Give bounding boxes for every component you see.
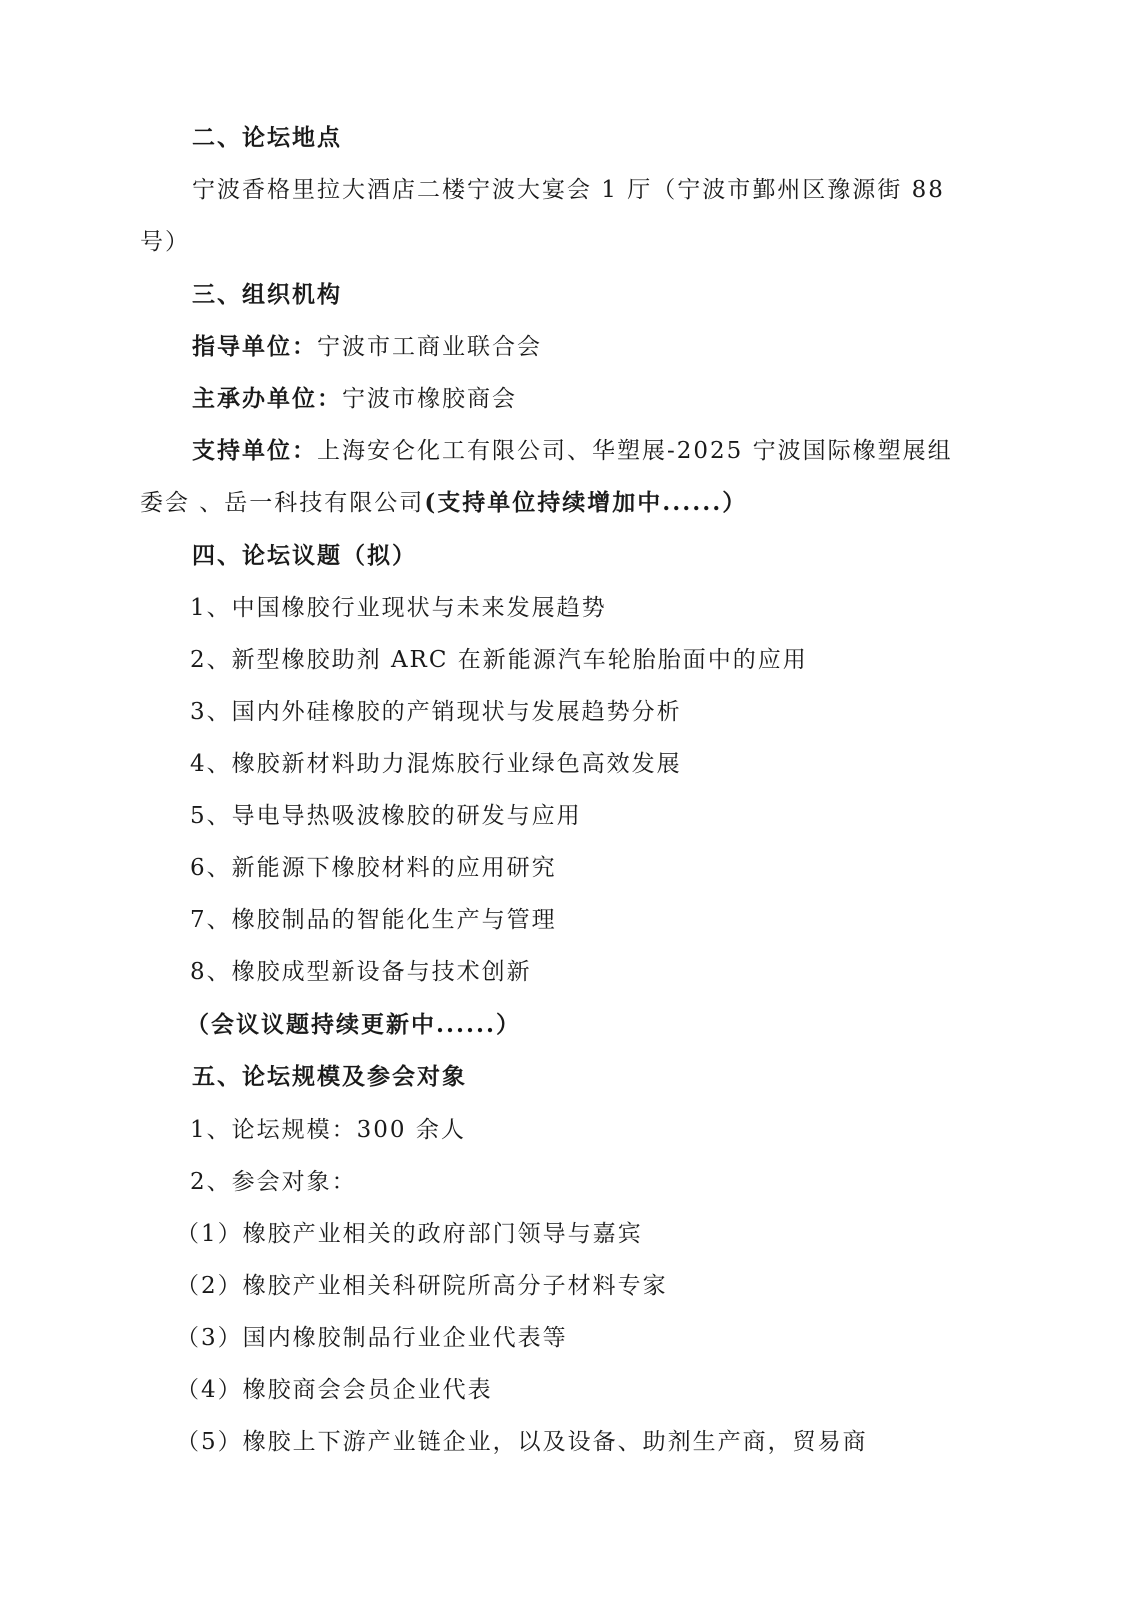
host-unit-label: 主承办单位：	[192, 385, 342, 412]
attendee-item: （1）橡胶产业相关的政府部门领导与嘉宾	[176, 1219, 643, 1249]
guide-unit-label: 指导单位：	[192, 333, 317, 360]
guide-unit-value: 宁波市工商业联合会	[317, 334, 542, 360]
support-unit-line2: 委会 、岳一科技有限公司(支持单位持续增加中......）	[140, 488, 747, 518]
venue-text-line2: 号）	[140, 227, 190, 257]
topic-item: 8、橡胶成型新设备与技术创新	[190, 957, 532, 987]
section-heading-topics: 四、论坛议题（拟）	[192, 541, 417, 571]
attendee-item: （3）国内橡胶制品行业企业代表等	[176, 1323, 568, 1353]
topic-item: 3、国内外硅橡胶的产销现状与发展趋势分析	[190, 697, 682, 727]
topic-item: 4、橡胶新材料助力混炼胶行业绿色高效发展	[190, 749, 682, 779]
topic-item: 7、橡胶制品的智能化生产与管理	[190, 905, 557, 935]
forum-scale: 1、论坛规模：300 余人	[190, 1115, 466, 1145]
guide-unit: 指导单位：宁波市工商业联合会	[192, 332, 542, 362]
attendee-item: （4）橡胶商会会员企业代表	[176, 1375, 493, 1405]
attendee-item: （5）橡胶上下游产业链企业，以及设备、助剂生产商，贸易商	[176, 1427, 868, 1457]
support-unit-value-line1: 上海安仑化工有限公司、华塑展-2025 宁波国际橡塑展组	[317, 438, 953, 464]
topic-item: 6、新能源下橡胶材料的应用研究	[190, 853, 557, 883]
support-unit-line1: 支持单位：上海安仑化工有限公司、华塑展-2025 宁波国际橡塑展组	[192, 436, 953, 466]
section-heading-organization: 三、组织机构	[192, 280, 342, 310]
topic-item: 5、导电导热吸波橡胶的研发与应用	[190, 801, 582, 831]
venue-text-line1: 宁波香格里拉大酒店二楼宁波大宴会 1 厅（宁波市鄞州区豫源街 88	[192, 175, 945, 205]
support-unit-note: (支持单位持续增加中......）	[424, 489, 747, 516]
section-heading-venue: 二、论坛地点	[192, 123, 342, 153]
attendee-item: （2）橡胶产业相关科研院所高分子材料专家	[176, 1271, 668, 1301]
topics-update-note: （会议议题持续更新中......）	[186, 1010, 521, 1040]
host-unit: 主承办单位：宁波市橡胶商会	[192, 384, 517, 414]
section-heading-scale-attendees: 五、论坛规模及参会对象	[192, 1062, 467, 1092]
host-unit-value: 宁波市橡胶商会	[342, 386, 517, 412]
support-unit-value-line2: 委会 、岳一科技有限公司	[140, 490, 424, 516]
topic-item: 1、中国橡胶行业现状与未来发展趋势	[190, 593, 607, 623]
support-unit-label: 支持单位：	[192, 437, 317, 464]
topic-item: 2、新型橡胶助剂 ARC 在新能源汽车轮胎胎面中的应用	[190, 645, 808, 675]
attendees-label: 2、参会对象：	[190, 1167, 357, 1197]
document-page: 二、论坛地点 宁波香格里拉大酒店二楼宁波大宴会 1 厅（宁波市鄞州区豫源街 88…	[0, 0, 1131, 1600]
